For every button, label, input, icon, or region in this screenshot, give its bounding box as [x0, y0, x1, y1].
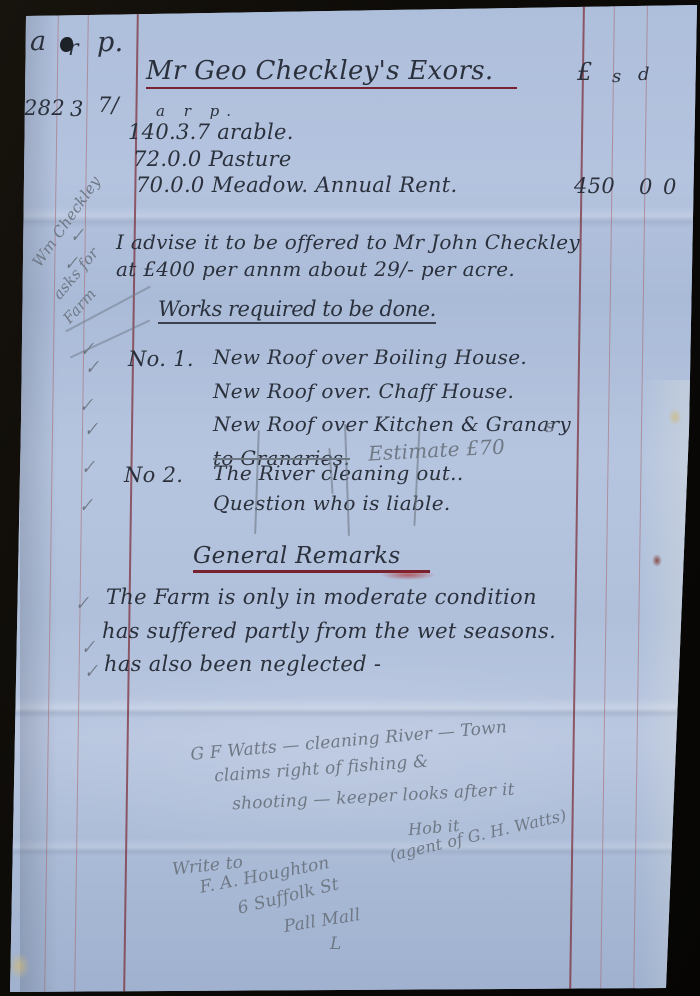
remarks-line: has also been neglected - [104, 652, 381, 676]
advice-line: I advise it to be offered to Mr John Che… [116, 230, 580, 254]
pencil-tick-mark: ✓ [84, 418, 98, 441]
works-item2-no: No 2. [124, 463, 183, 487]
col-header-shillings: s [612, 66, 622, 87]
annual-rent-pounds: 450 [574, 174, 615, 198]
scanned-ledger-photo: a r p. £ s d Mr Geo Checkley's Exors. 28… [0, 0, 700, 996]
folio-perches: 7/ [98, 93, 119, 117]
folio-roods: 3 [70, 97, 84, 121]
pencil-added-s: s [545, 416, 554, 437]
works-item1-line: New Roof over Kitchen & Granary [213, 412, 571, 436]
advice-line: at £400 per annm about 29/- per acre. [116, 257, 515, 281]
acreage-line: 70.0.0 Meadow. Annual Rent. [136, 173, 457, 197]
works-item1-line: New Roof over Boiling House. [213, 345, 527, 369]
pencil-tick-mark: ✓ [84, 660, 98, 683]
works-item1-line: New Roof over. Chaff House. [213, 379, 514, 403]
pencil-tick-mark: ✓ [79, 494, 93, 517]
fold-crease [0, 698, 700, 718]
annual-rent-shillings: 0 [639, 175, 653, 199]
page-shadow [20, 0, 58, 996]
red-ink-smudge [380, 570, 436, 580]
ledger-page: a r p. £ s d Mr Geo Checkley's Exors. 28… [0, 0, 700, 996]
rule-line [600, 0, 615, 992]
pencil-memo-line: Pall Mall [282, 905, 361, 937]
col-header-pence: d [638, 64, 650, 85]
fold-crease [0, 838, 700, 856]
pencil-tick-mark: ✓ [79, 394, 93, 417]
stain-spot [8, 952, 30, 980]
col-header-pounds: £ [577, 58, 593, 86]
acreage-sub-header: a r p. [156, 102, 238, 120]
acreage-line: 140.3.7 arable. [128, 120, 294, 144]
remarks-line: The Farm is only in moderate condition [106, 585, 537, 609]
col-header-perches: p. [97, 27, 123, 58]
acreage-line: 72.0.0 Pasture [133, 147, 292, 171]
works-heading: Works required to be done. [158, 297, 436, 324]
folio-acres: 282 [24, 96, 65, 120]
fold-crease [0, 206, 700, 228]
pencil-tick-mark: ✓ [75, 592, 89, 615]
remarks-heading: General Remarks [193, 543, 430, 573]
works-item1-no: No. 1. [128, 347, 194, 371]
stain-spot [668, 408, 682, 426]
page-title: Mr Geo Checkley's Exors. [146, 56, 517, 89]
pencil-tick-mark: ✓ [64, 252, 78, 275]
pencil-tick-mark: ✓ [70, 224, 84, 247]
pencil-tick-mark: ✓ [85, 356, 99, 379]
annual-rent-pence: 0 [663, 175, 677, 199]
remarks-line: has suffered partly from the wet seasons… [102, 619, 556, 643]
margin-rule-line [569, 0, 585, 992]
col-header-acres: a [30, 26, 46, 57]
pencil-tick-mark: ✓ [81, 456, 95, 479]
ink-blot [60, 37, 73, 52]
stain-spot [652, 554, 662, 567]
works-item2-line: The River cleaning out.. [213, 461, 463, 485]
pencil-tick-mark: ✓ [81, 636, 95, 659]
page-edge-highlight [640, 380, 694, 996]
pencil-memo-line: shooting — keeper looks after it [232, 780, 515, 815]
pencil-memo-line: L [330, 934, 342, 954]
